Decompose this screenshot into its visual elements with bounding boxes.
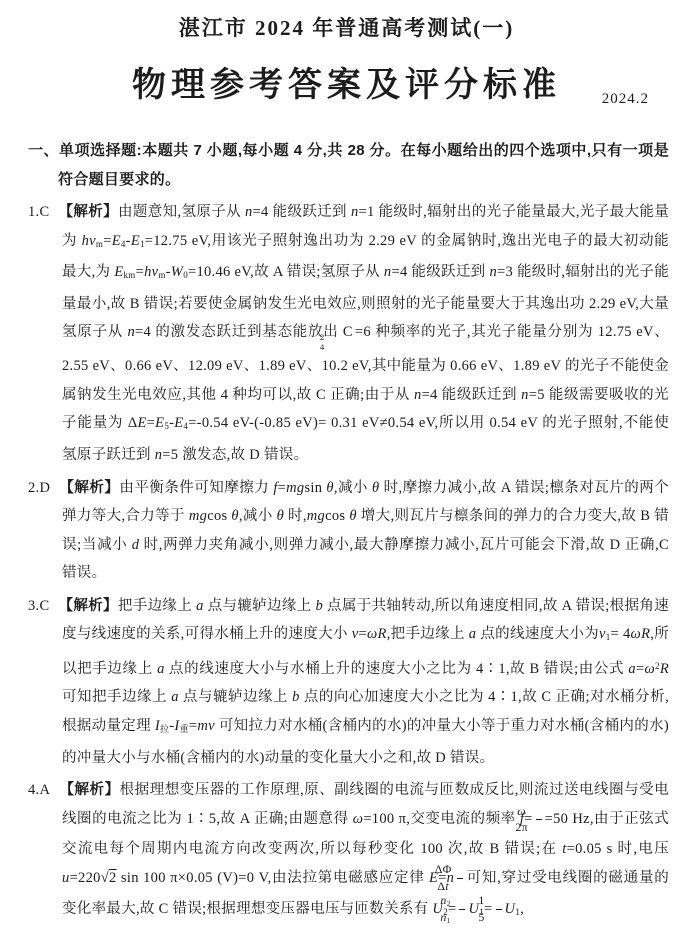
question-2: 2.D【解析】由平衡条件可知摩擦力 f=mgsin θ,减小 θ 时,摩擦力减小…: [28, 474, 669, 588]
question-2-explanation: 由平衡条件可知摩擦力 f=mgsin θ,减小 θ 时,摩擦力减小,故 A 错误…: [62, 480, 669, 582]
document-title: 物理参考答案及评分标准: [0, 62, 693, 108]
analysis-label: 【解析】: [58, 204, 118, 220]
exam-title: 湛江市 2024 年普通高考测试(一): [0, 0, 693, 42]
question-2-number-answer: 2.D: [28, 480, 50, 496]
question-4-number-answer: 4.A: [28, 782, 50, 798]
question-3-explanation: 把手边缘上 a 点与辘轳边缘上 b 点属于共轴转动,所以角速度相同,故 A 错误…: [62, 598, 669, 766]
question-3: 3.C【解析】把手边缘上 a 点与辘轳边缘上 b 点属于共轴转动,所以角速度相同…: [28, 592, 669, 773]
question-1: 1.C【解析】由题意知,氢原子从 n=4 能级跃迁到 n=1 能级时,辐射出的光…: [28, 198, 669, 470]
question-4: 4.A【解析】根据理想变压器的工作原理,原、副线圈的电流与匝数成反比,则流过送电…: [28, 776, 669, 927]
question-3-number-answer: 3.C: [28, 598, 49, 614]
doc-title-row: 物理参考答案及评分标准 2024.2: [0, 62, 693, 108]
analysis-label: 【解析】: [58, 598, 117, 614]
section-1-heading: 一、单项选择题:本题共 7 小题,每小题 4 分,共 28 分。在每小题给出的四…: [28, 136, 669, 194]
answer-sheet-page: 湛江市 2024 年普通高考测试(一) 物理参考答案及评分标准 2024.2 一…: [0, 0, 693, 950]
question-4-explanation: 根据理想变压器的工作原理,原、副线圈的电流与匝数成反比,则流过送电线圈与受电线圈…: [62, 782, 669, 917]
analysis-label: 【解析】: [59, 782, 119, 798]
question-1-explanation: 由题意知,氢原子从 n=4 能级跃迁到 n=1 能级时,辐射出的光子能量最大,光…: [62, 204, 669, 463]
analysis-label: 【解析】: [59, 480, 119, 496]
question-1-number-answer: 1.C: [28, 204, 49, 220]
document-date: 2024.2: [602, 91, 649, 108]
